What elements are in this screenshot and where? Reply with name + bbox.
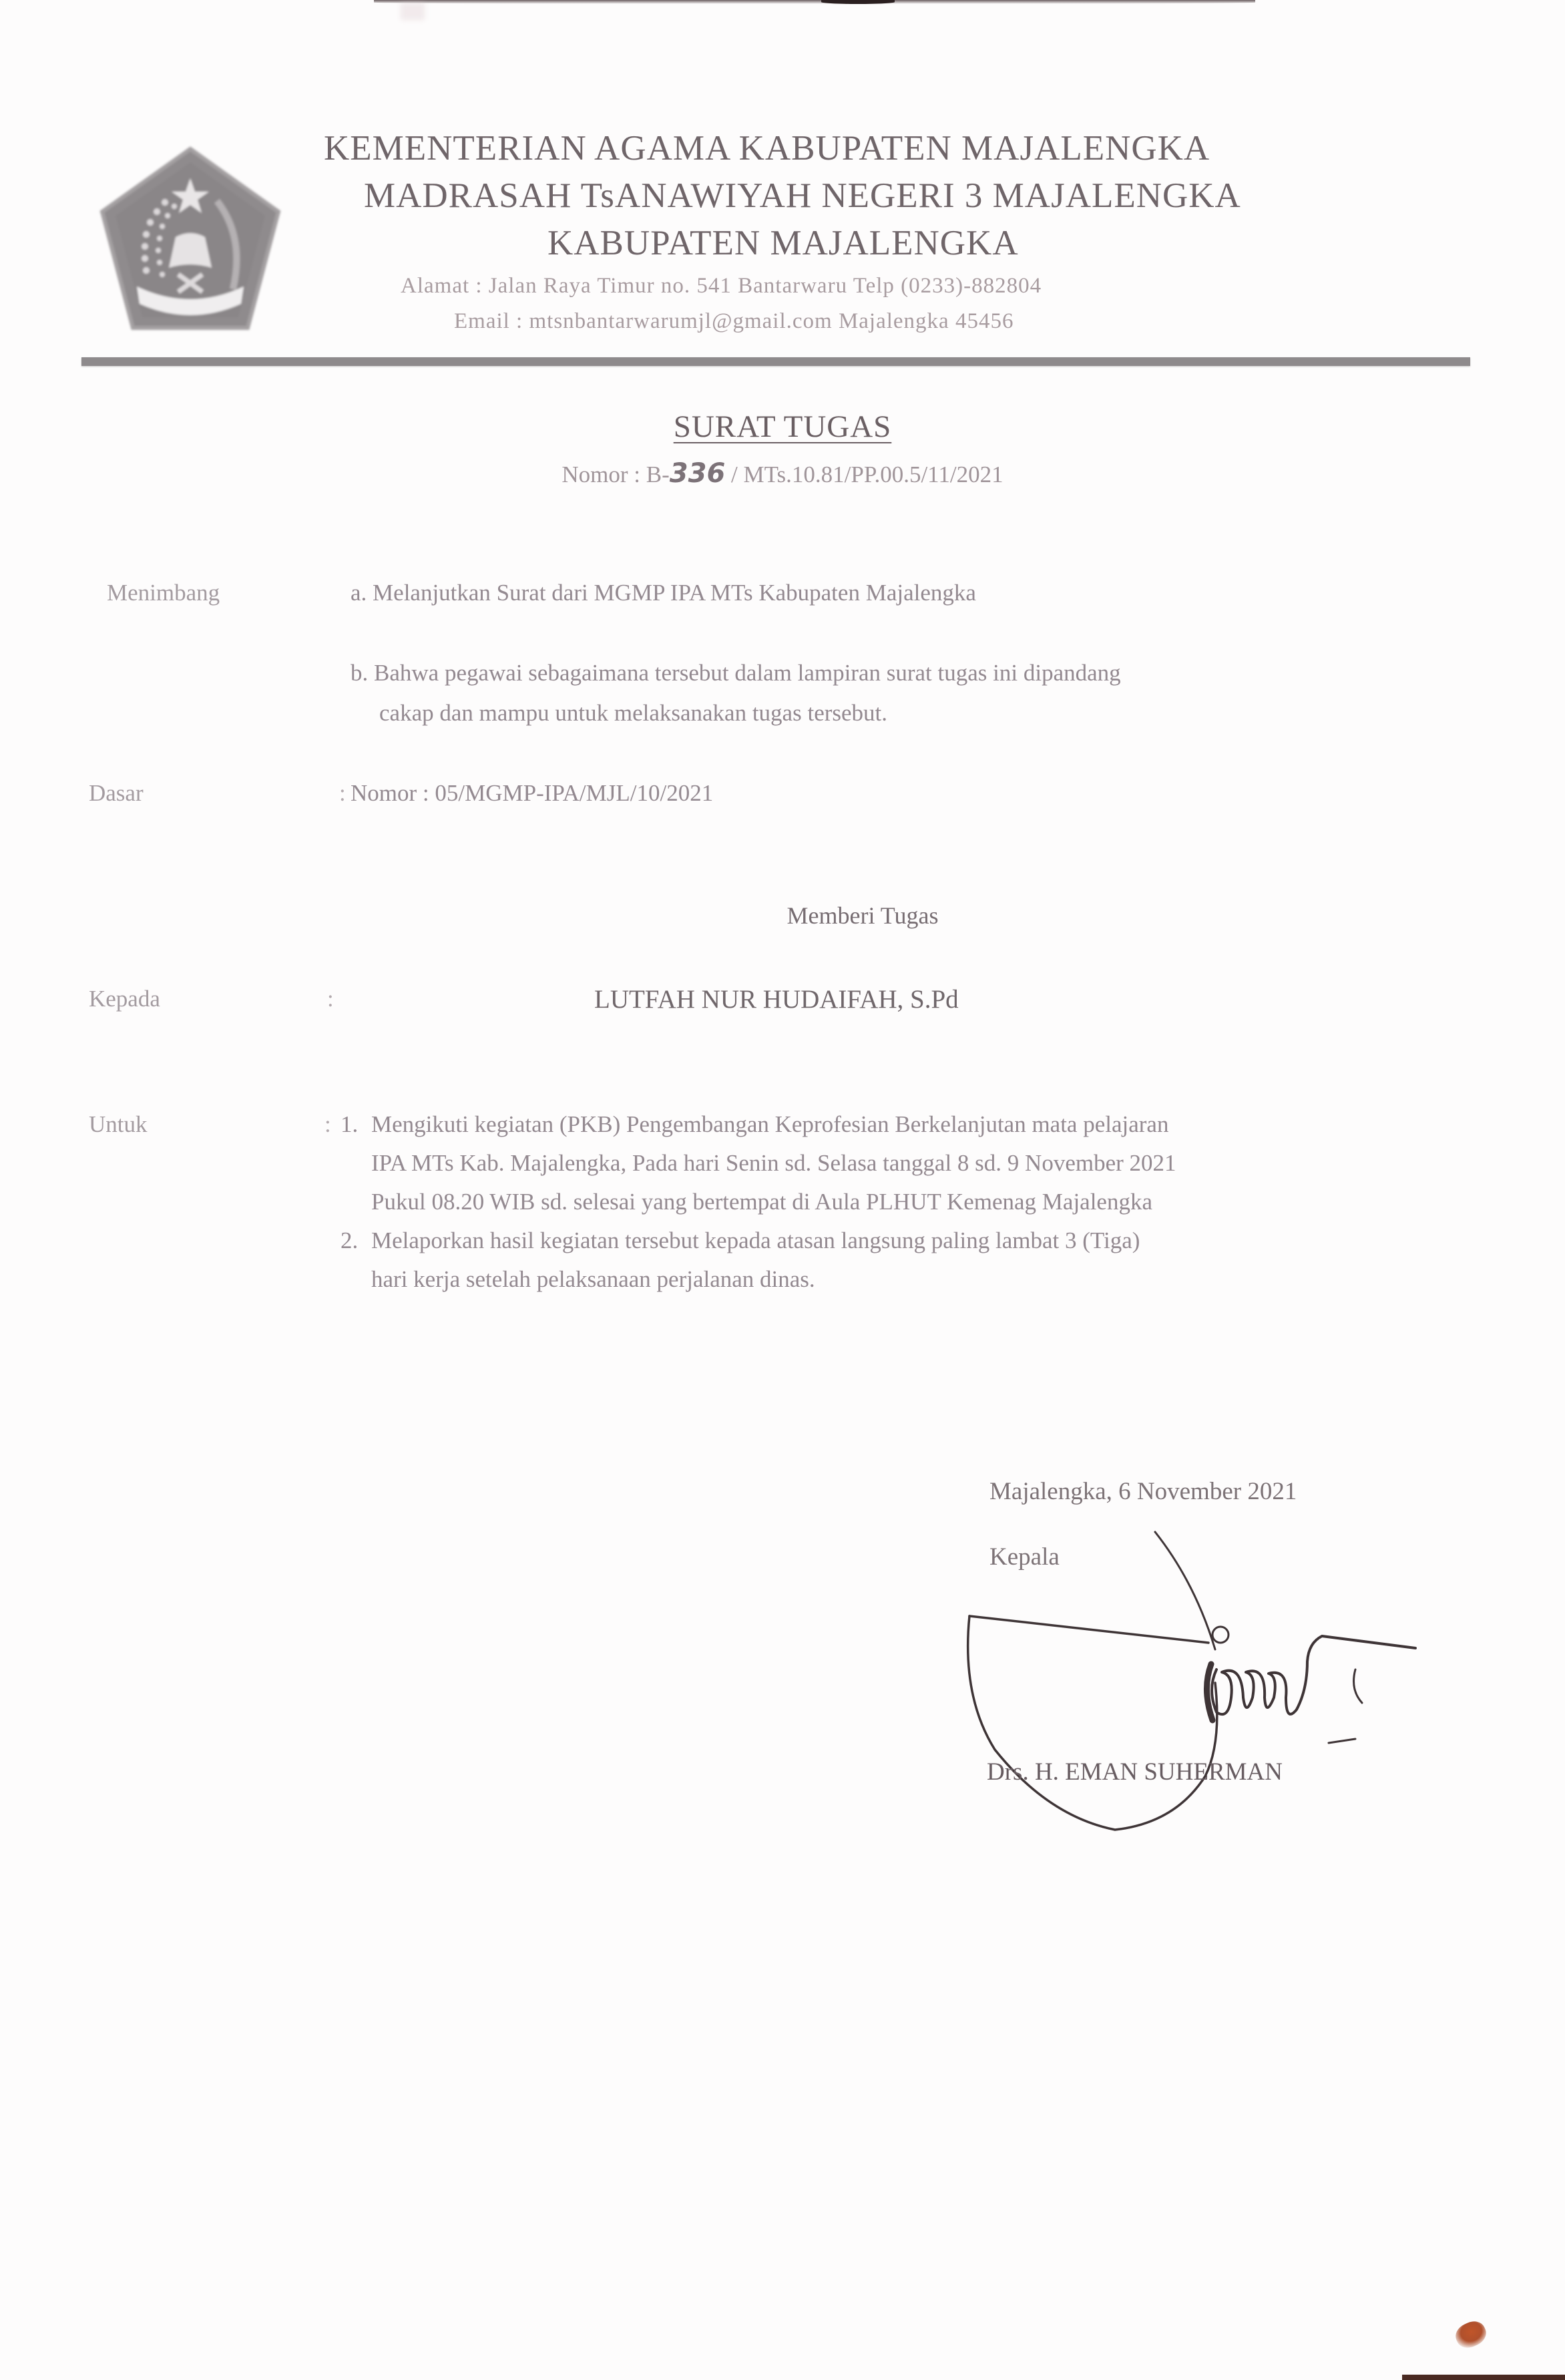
letterhead-regency: KABUPATEN MAJALENGKA	[547, 223, 1019, 263]
signature-place-date: Majalengka, 6 November 2021	[989, 1477, 1297, 1506]
handwritten-signature-icon	[955, 1523, 1435, 1843]
basis-colon: :	[339, 780, 346, 807]
document-title-text: SURAT TUGAS	[674, 409, 892, 444]
purpose-colon: :	[324, 1111, 331, 1138]
considering-item-b-line2: cakap dan mampu untuk melaksanakan tugas…	[379, 700, 887, 727]
purpose-item1-line1: Mengikuti kegiatan (PKB) Pengembangan Ke…	[371, 1111, 1168, 1138]
considering-item-a: a. Melanjutkan Surat dari MGMP IPA MTs K…	[351, 580, 976, 606]
basis-value: Nomor : 05/MGMP-IPA/MJL/10/2021	[351, 780, 713, 807]
basis-label: Dasar	[89, 780, 144, 807]
purpose-item1-number: 1.	[341, 1111, 358, 1138]
document-number: Nomor : B-336 / MTs.10.81/PP.00.5/11/202…	[0, 458, 1565, 489]
photo-top-edge-shadow	[821, 0, 895, 4]
signature-name: Drs. H. EMAN SUHERMAN	[987, 1758, 1283, 1786]
kementerian-agama-emblem-icon	[90, 137, 290, 337]
recipient-label: Kepada	[89, 986, 160, 1012]
document-number-prefix: Nomor : B-	[562, 461, 669, 487]
letterhead-ministry: KEMENTERIAN AGAMA KABUPATEN MAJALENGKA	[324, 128, 1210, 168]
purpose-item2-line2: hari kerja setelah pelaksanaan perjalana…	[371, 1266, 815, 1293]
document-number-handwritten: 336	[670, 458, 726, 489]
considering-item-b-line1: b. Bahwa pegawai sebagaimana tersebut da…	[351, 660, 1121, 686]
photo-bottom-edge	[1402, 2375, 1565, 2380]
document-number-suffix: / MTs.10.81/PP.00.5/11/2021	[725, 461, 1003, 487]
assignment-heading: Memberi Tugas	[80, 902, 1565, 930]
photo-top-edge	[374, 0, 1255, 4]
letterhead-divider	[81, 357, 1470, 366]
document-title: SURAT TUGAS	[0, 409, 1565, 445]
considering-label: Menimbang	[107, 580, 220, 606]
recipient-name: LUTFAH NUR HUDAIFAH, S.Pd	[594, 984, 959, 1014]
document-page: KEMENTERIAN AGAMA KABUPATEN MAJALENGKA M…	[0, 0, 1565, 2380]
letterhead-email: Email : mtsnbantarwarumjl@gmail.com Maja…	[454, 309, 1014, 334]
letterhead-school: MADRASAH TsANAWIYAH NEGERI 3 MAJALENGKA	[364, 176, 1241, 216]
purpose-item2-line1: Melaporkan hasil kegiatan tersebut kepad…	[371, 1227, 1140, 1254]
recipient-colon: :	[327, 986, 334, 1012]
purpose-item1-line2: IPA MTs Kab. Majalengka, Pada hari Senin…	[371, 1150, 1176, 1177]
letterhead-address: Alamat : Jalan Raya Timur no. 541 Bantar…	[401, 274, 1042, 299]
purpose-label: Untuk	[89, 1111, 148, 1138]
paper-stain	[1452, 2317, 1490, 2352]
purpose-item1-line3: Pukul 08.20 WIB sd. selesai yang bertemp…	[371, 1189, 1152, 1215]
photo-smudge	[401, 3, 425, 20]
purpose-item2-number: 2.	[341, 1227, 358, 1254]
